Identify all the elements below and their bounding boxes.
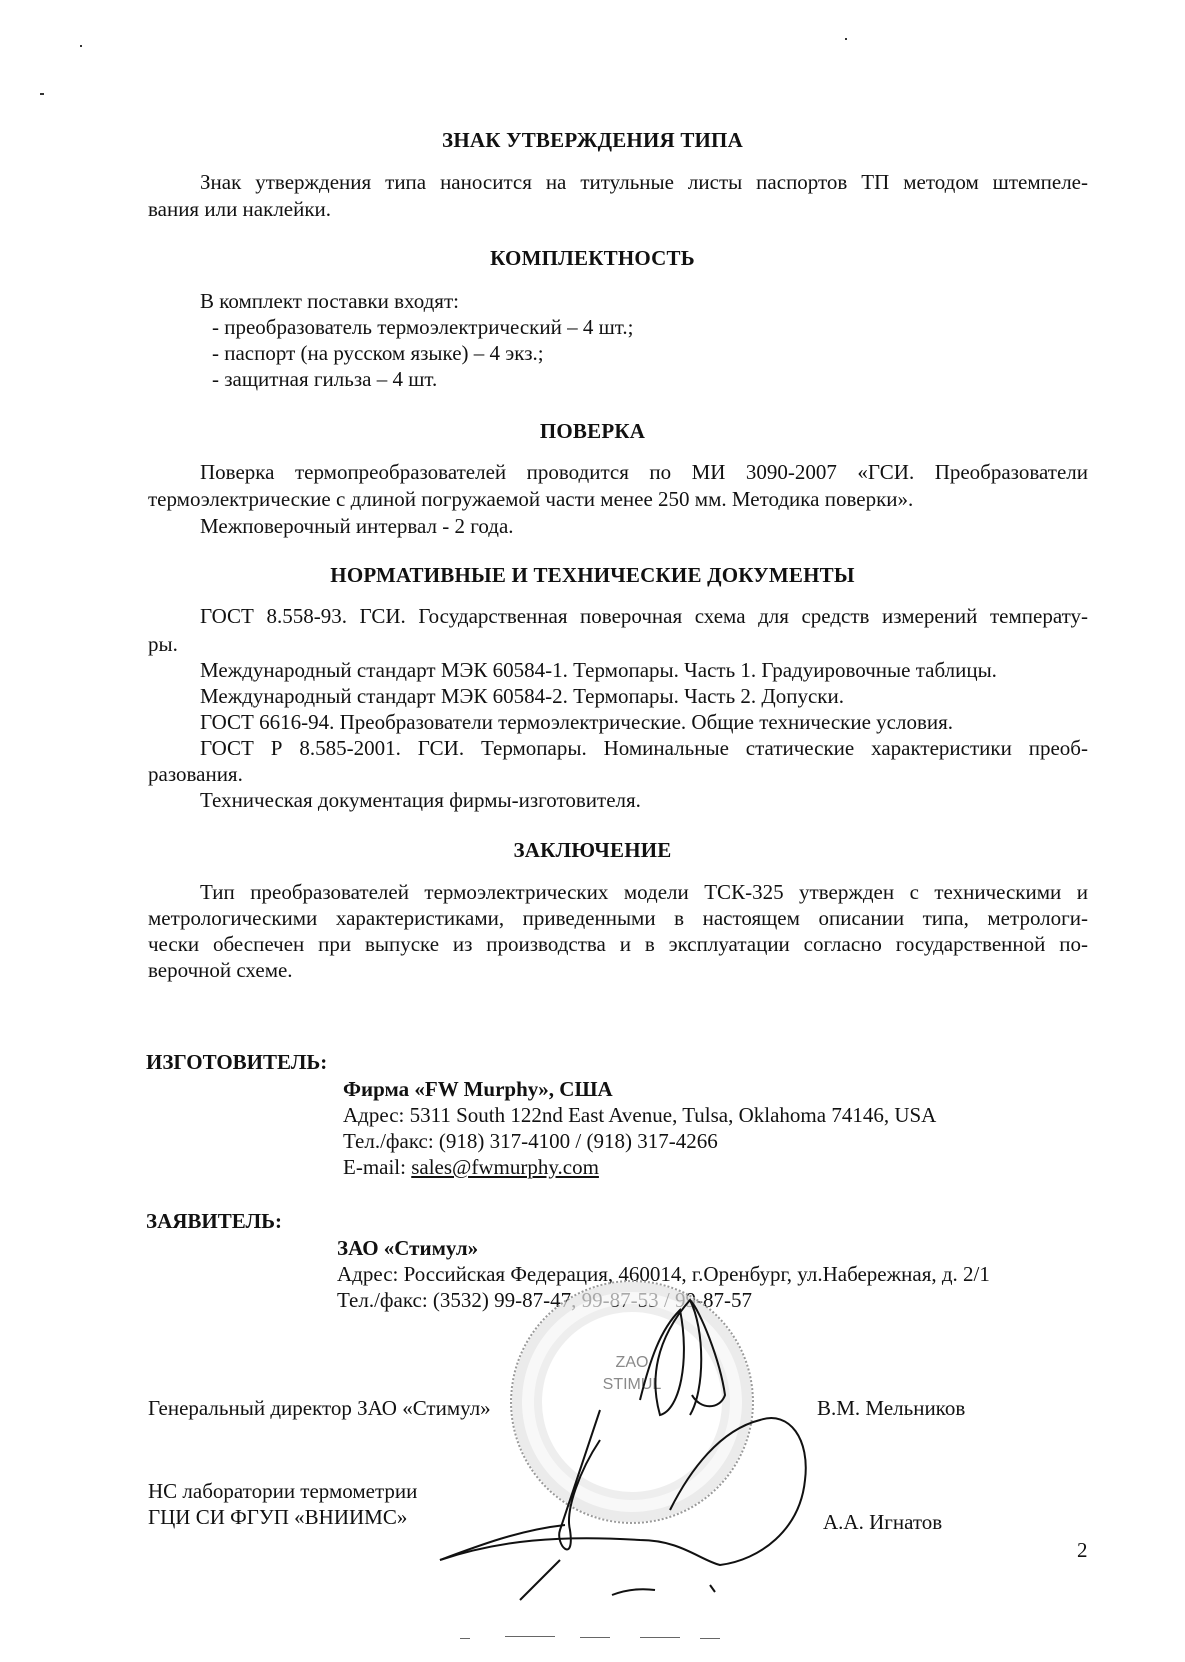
- page-number: 2: [1077, 1538, 1088, 1563]
- signatory-position-lab-line2: ГЦИ СИ ФГУП «ВНИИМС»: [148, 1505, 407, 1530]
- scan-artifact: [845, 38, 847, 40]
- scan-artifact: [640, 1637, 680, 1638]
- signatory-position-director: Генеральный директор ЗАО «Стимул»: [148, 1396, 491, 1421]
- signatory-position-lab-line1: НС лаборатории термометрии: [148, 1479, 417, 1504]
- signatory-name-lab: А.А. Игнатов: [823, 1510, 942, 1535]
- scan-artifact: [700, 1638, 720, 1639]
- scan-artifact: [80, 45, 82, 47]
- scan-artifact: [580, 1637, 610, 1638]
- document-page: ЗНАК УТВЕРЖДЕНИЯ ТИПА Знак утверждения т…: [0, 0, 1185, 1662]
- signatory-name-director: В.М. Мельников: [817, 1396, 965, 1421]
- scan-artifact: [40, 93, 44, 95]
- scan-artifact: [460, 1638, 470, 1639]
- scan-artifact: [505, 1636, 555, 1637]
